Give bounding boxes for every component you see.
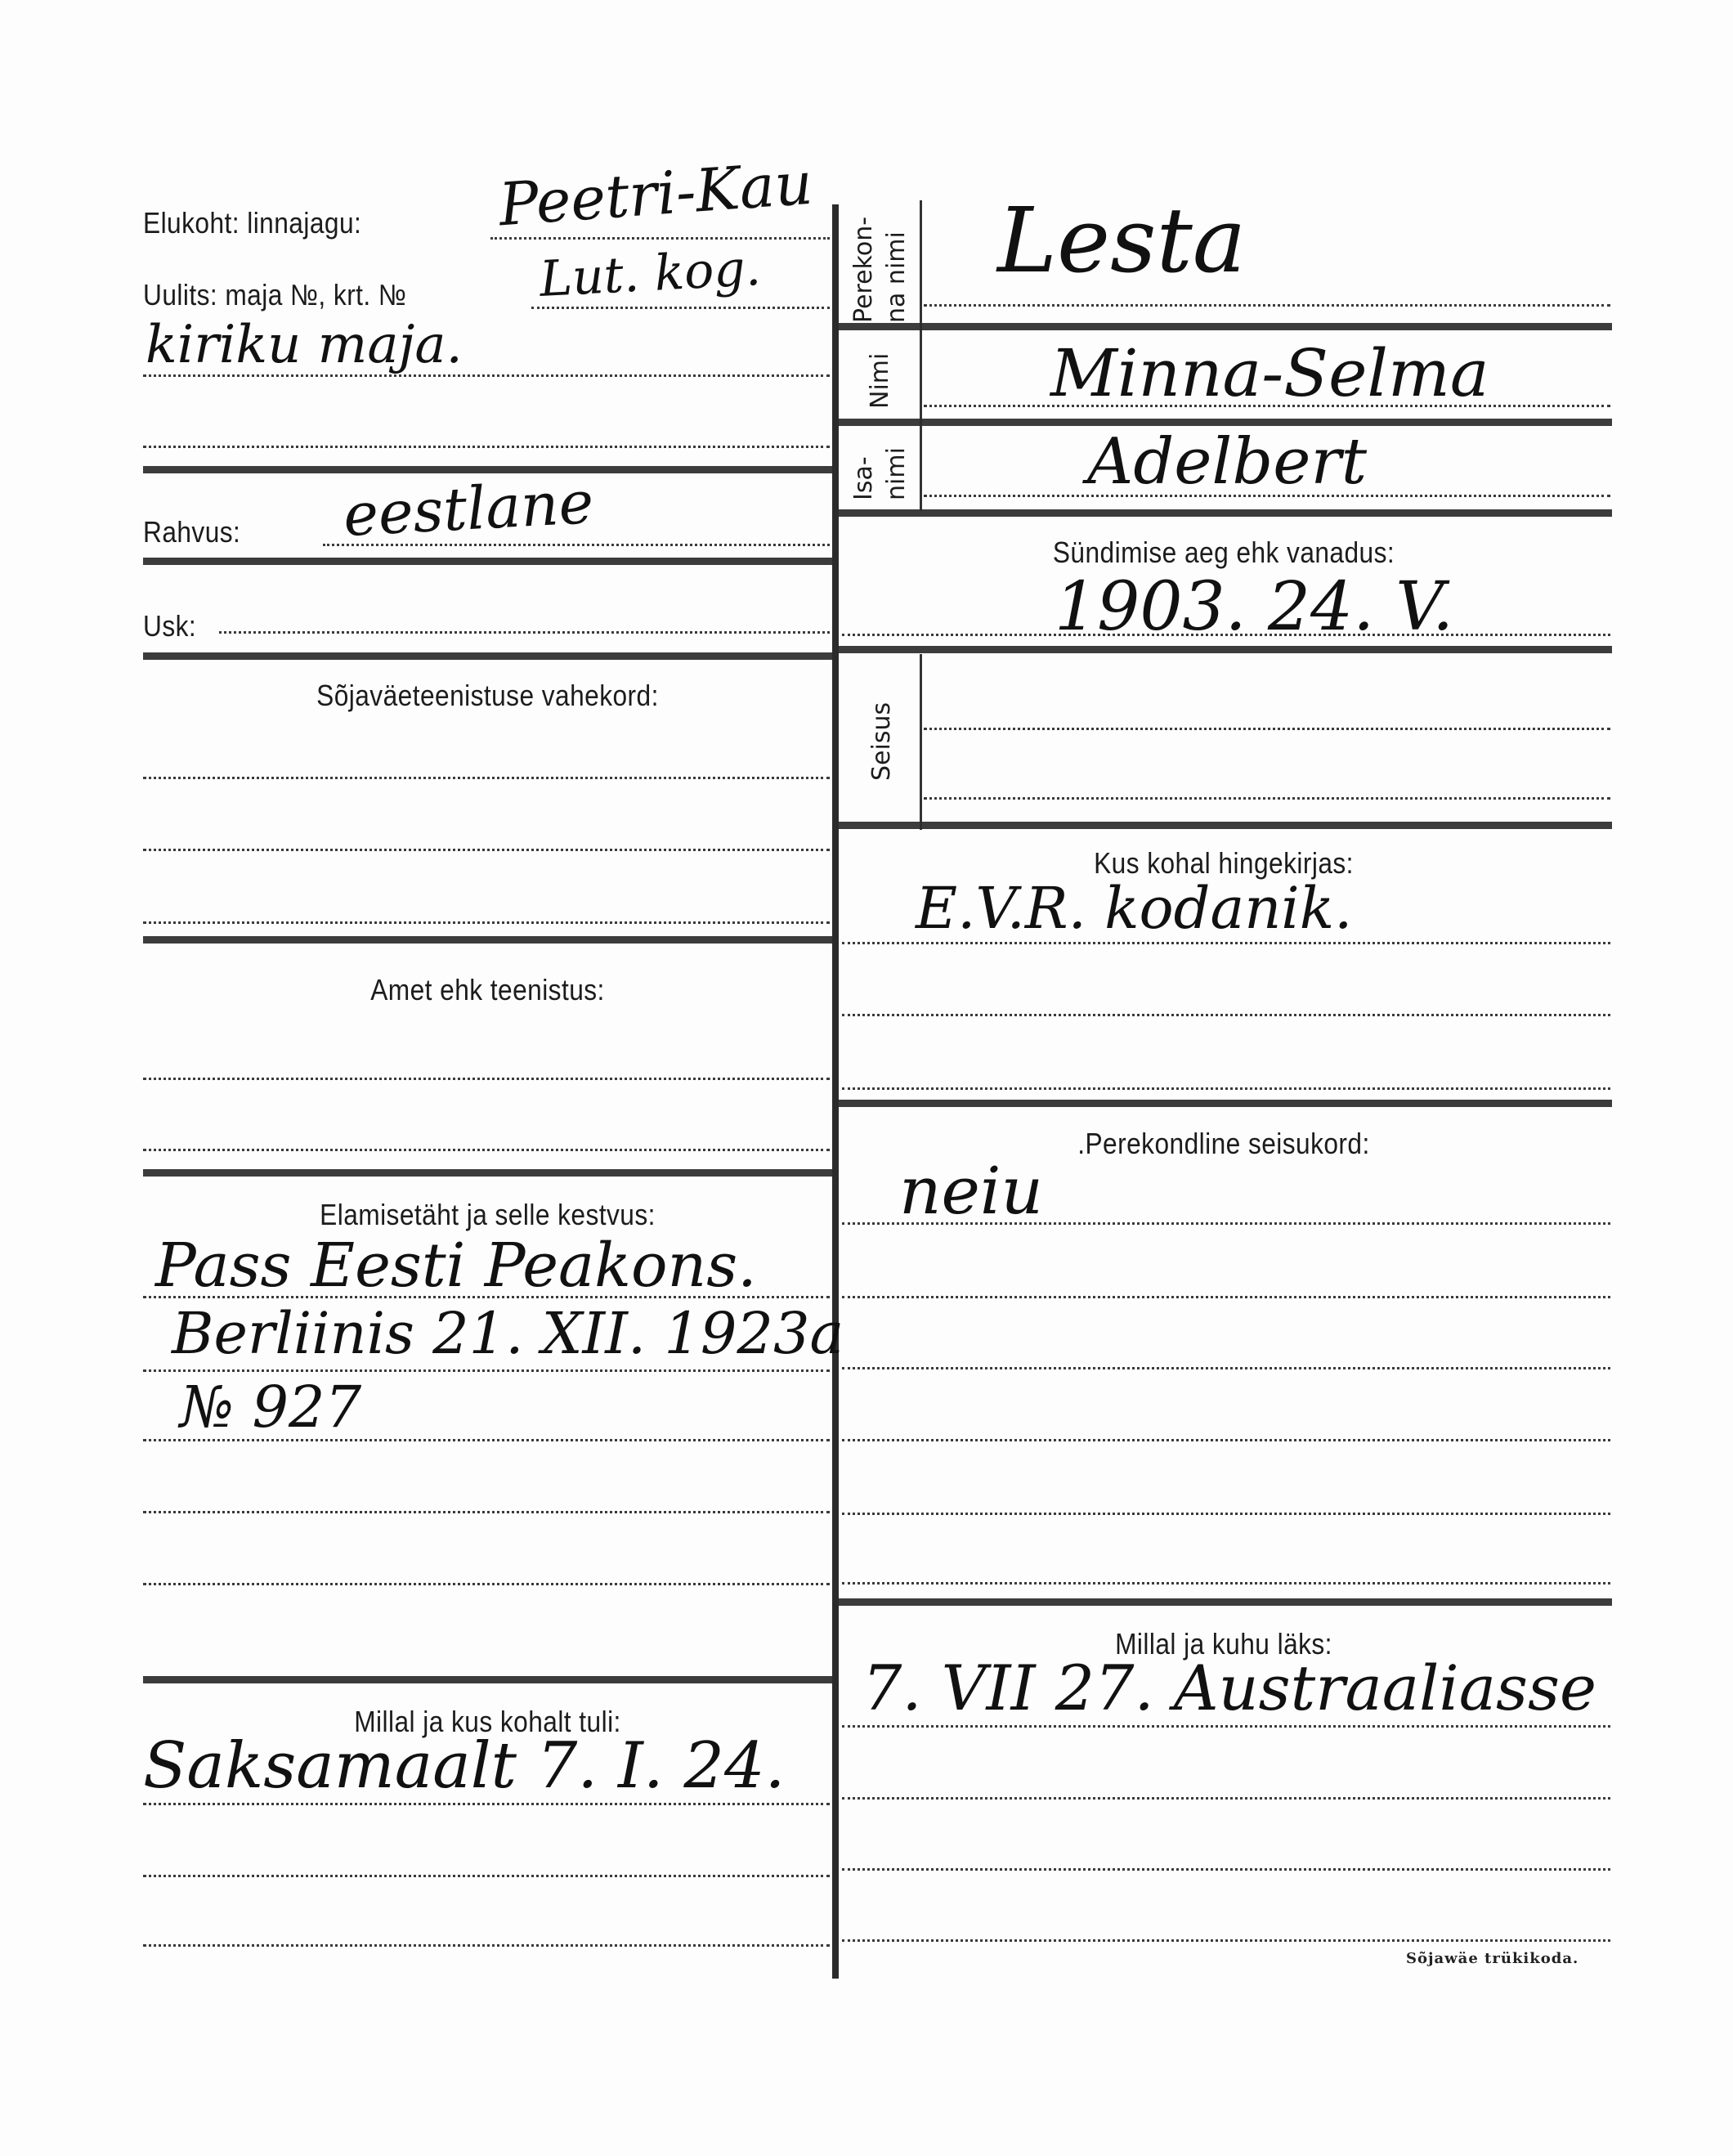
uulits-value-line2: kiriku maja.: [146, 315, 463, 375]
seisus-line-2: [924, 797, 1610, 800]
divider-laks: [835, 1598, 1612, 1606]
uulits-line: [531, 307, 830, 309]
elamiseta-line-5: [143, 1583, 830, 1585]
hingekiri-value: E.V.R. kodanik.: [916, 875, 1352, 942]
divider-amet: [143, 936, 832, 944]
sojavae-line-3: [143, 921, 830, 924]
divider-sojavae: [143, 652, 832, 660]
label-column-divider: [920, 200, 922, 511]
tuli-line-1: [143, 1803, 830, 1805]
perekondline-line-5: [842, 1513, 1610, 1515]
elamiseta-value-line2: Berliinis 21. XII. 1923a: [172, 1300, 844, 1367]
isanimi-value: Adelbert: [1087, 425, 1367, 499]
registration-card: Elukoht: linnajagu: Peetri-Kau Uulits: m…: [0, 0, 1733, 2156]
elamiseta-label: Elamisetäht ja selle kestvus:: [185, 1198, 791, 1232]
hingekiri-line-3: [842, 1087, 1610, 1090]
hingekiri-line-2: [842, 1014, 1610, 1016]
isanimi-line: [924, 495, 1610, 497]
seisus-label: Seisus: [868, 702, 896, 781]
sojavae-line-1: [143, 777, 830, 779]
perekonnanimi-value: Lesta: [997, 188, 1246, 293]
divider-elamiseta: [143, 1169, 832, 1177]
divider-sundimine: [835, 509, 1612, 517]
elamiseta-value-line3: № 927: [180, 1374, 361, 1441]
tuli-line-2: [143, 1875, 830, 1877]
sojavae-line-2: [143, 849, 830, 851]
elukoht-label: Elukoht: linnajagu:: [143, 206, 361, 240]
sundimine-label: Sündimise aeg ehk vanadus:: [882, 536, 1565, 570]
isanimi-label-1: Isa-: [850, 456, 878, 500]
laks-line-2: [842, 1797, 1610, 1800]
rahvus-line: [323, 544, 830, 546]
nimi-label: Nimi: [866, 353, 894, 409]
elamiseta-value-line1: Pass Eesti Peakons.: [155, 1230, 757, 1301]
amet-line-2: [143, 1149, 830, 1151]
perekondline-line-6: [842, 1582, 1610, 1585]
amet-line-1: [143, 1078, 830, 1080]
usk-label: Usk:: [143, 609, 196, 643]
nimi-value: Minna-Selma: [1050, 335, 1489, 411]
elamiseta-line-3: [143, 1439, 830, 1441]
tuli-line-3: [143, 1944, 830, 1947]
hingekiri-line-1: [842, 942, 1610, 944]
isanimi-label-2: nimi: [883, 447, 911, 500]
nimi-line: [924, 405, 1610, 407]
perekondline-line-2: [842, 1296, 1610, 1298]
address-line-2: [143, 374, 830, 377]
divider-perekondline: [835, 1100, 1612, 1107]
perekondline-line-1: [842, 1222, 1610, 1225]
elamiseta-line-4: [143, 1511, 830, 1513]
usk-line: [219, 631, 830, 634]
divider-nimi: [835, 323, 1612, 330]
rahvus-value: eestlane: [342, 468, 595, 549]
perekondline-line-3: [842, 1367, 1610, 1369]
elamiseta-line-2: [143, 1369, 830, 1372]
divider-tuli: [143, 1676, 832, 1683]
perekonnanimi-line: [924, 304, 1610, 307]
seisus-line-1: [924, 728, 1610, 730]
divider-seisus: [835, 646, 1612, 653]
address-line-3: [143, 446, 830, 448]
perekondline-value: neiu: [899, 1153, 1043, 1229]
seisus-column-divider: [920, 654, 922, 830]
tuli-value: Saksamaalt 7. I. 24.: [143, 1729, 785, 1803]
laks-line-1: [842, 1725, 1610, 1728]
elamiseta-line-1: [143, 1296, 830, 1298]
rahvus-label: Rahvus:: [143, 515, 240, 549]
elukoht-value: Peetri-Kau: [497, 149, 815, 240]
perekonnanimi-label-2: na nimi: [883, 231, 911, 323]
uulits-label: Uulits: maja №, krt. №: [143, 278, 406, 312]
divider-rahvus: [143, 466, 832, 473]
uulits-value: Lut. kog.: [538, 240, 762, 308]
laks-line-4: [842, 1939, 1610, 1942]
printer-mark: Sõjawäe trükikoda.: [1406, 1950, 1579, 1967]
perekondline-line-4: [842, 1439, 1610, 1441]
sundimine-line: [842, 634, 1610, 636]
laks-line-3: [842, 1868, 1610, 1871]
divider-hingekiri: [835, 822, 1612, 829]
divider-usk: [143, 558, 832, 565]
elukoht-line: [490, 237, 830, 240]
sojavae-label: Sõjaväeteenistuse vahekord:: [185, 679, 791, 713]
laks-value: 7. VII 27. Austraaliasse: [862, 1652, 1596, 1724]
perekonnanimi-label-1: Perekon-: [850, 217, 878, 323]
center-divider: [832, 204, 839, 1979]
amet-label: Amet ehk teenistus:: [185, 973, 791, 1007]
